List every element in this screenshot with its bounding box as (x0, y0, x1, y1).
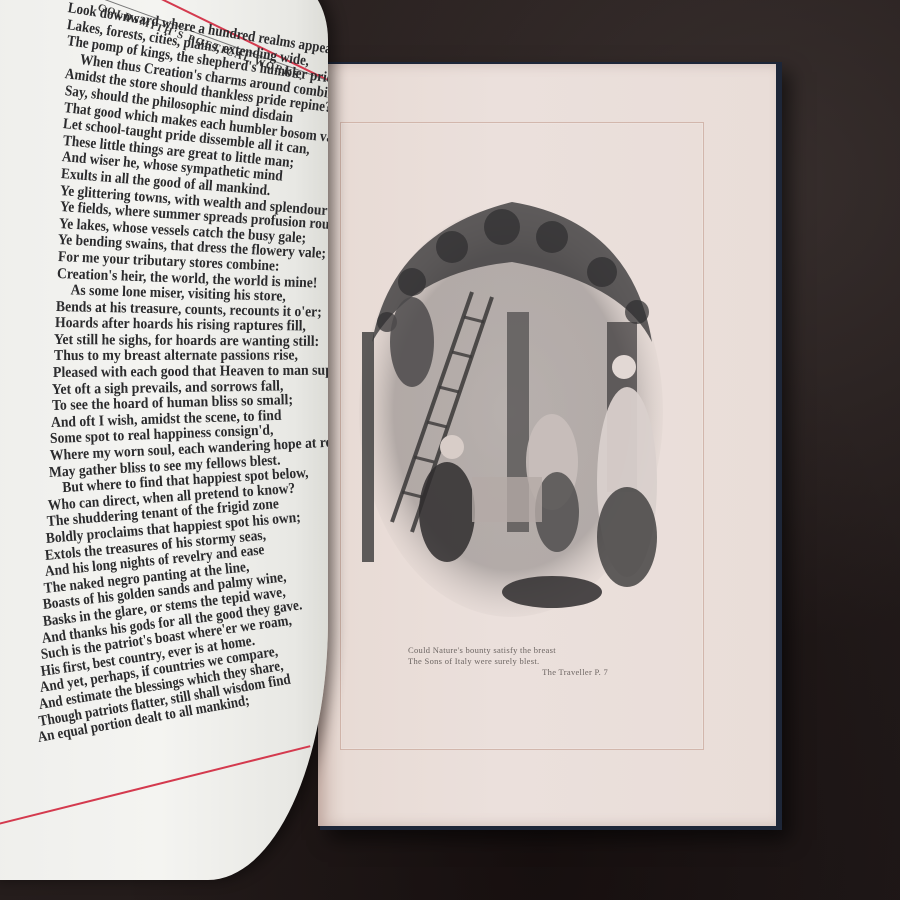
left-page: GOLDSMITH'S POETICAL WORKS. Look downwar… (0, 0, 328, 880)
engraving-illustration (352, 192, 670, 622)
caption-line-2: The Sons of Italy were surely blest. (408, 656, 638, 667)
poem-text-block: Look downward where a hundred realms app… (68, 0, 328, 747)
plate-caption: Could Nature's bounty satisfy the breast… (408, 645, 638, 678)
caption-line-1: Could Nature's bounty satisfy the breast (408, 645, 638, 656)
caption-credit: The Traveller P. 7 (408, 667, 638, 678)
red-border-rule-bottom (0, 745, 310, 827)
